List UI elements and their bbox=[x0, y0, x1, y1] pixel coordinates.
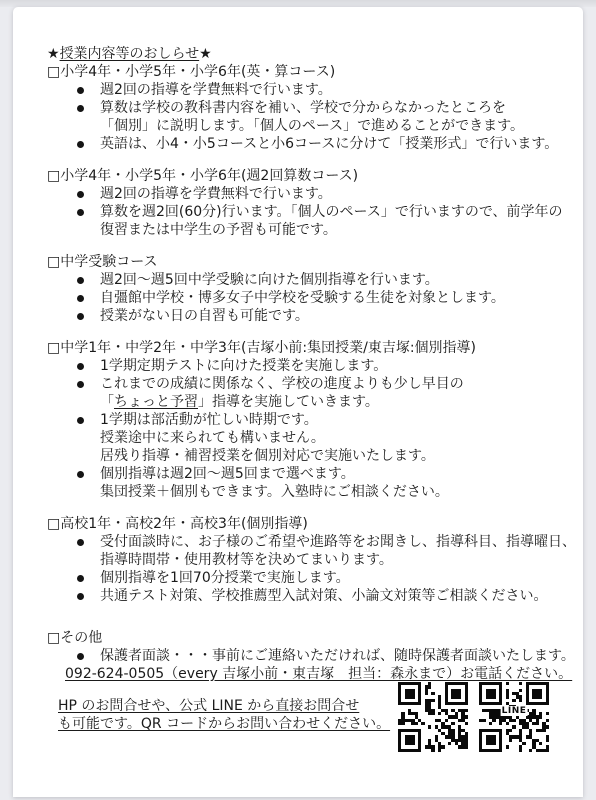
bullet-icon bbox=[77, 141, 84, 148]
bullet-icon bbox=[77, 105, 84, 112]
text-line: 092-624-0505（every 吉塚小前・東吉塚 担当：森永まで）お電話く… bbox=[65, 665, 572, 683]
bullet-icon bbox=[77, 313, 84, 320]
hp-contact-line-1: HP のお問合せや、公式 LINE から直接お問合せ bbox=[58, 697, 384, 715]
title-star-left: ★ bbox=[47, 46, 60, 62]
item-lines: 092-624-0505（every 吉塚小前・東吉塚 担当：森永まで）お電話く… bbox=[65, 665, 572, 683]
title-text: 授業内容等のおしらせ bbox=[60, 46, 200, 62]
text-part: 」指導を実施していきます。 bbox=[198, 394, 379, 410]
bullet-icon bbox=[77, 417, 84, 424]
bullet-icon bbox=[77, 191, 84, 198]
text-line: 「ちょっと予習」指導を実施していきます。 bbox=[100, 393, 464, 411]
item-lines: 算数を週2回(60分)行います。「個人のペース」で行いますので、前学年の復習また… bbox=[100, 203, 563, 239]
underlined-text-part: ちょっと予習 bbox=[114, 394, 198, 410]
text-line: 「個別」に説明します。「個人のペース」で進めることができます。 bbox=[100, 117, 524, 135]
text-line: 週2回～週5回中学受験に向けた個別指導を行います。 bbox=[100, 271, 439, 289]
bullet-icon bbox=[77, 653, 84, 660]
text-line: 保護者面談・・・事前にご連絡いただければ、随時保護者面談いたします。 bbox=[100, 647, 575, 665]
footer: HP のお問合せや、公式 LINE から直接お問合せ も可能です。QR コードか… bbox=[47, 697, 565, 752]
item-lines: 個別指導は週2回～週5回まで選べます。集団授業＋個別もできます。入塾時にご相談く… bbox=[100, 465, 449, 501]
qr-label: LINE bbox=[501, 706, 528, 716]
bullet-icon bbox=[77, 87, 84, 94]
bullet-icon bbox=[77, 593, 84, 600]
bullet-icon bbox=[77, 471, 84, 478]
list-item: これまでの成績に関係なく、学校の進度よりも少し早目の「ちょっと予習」指導を実施し… bbox=[47, 375, 565, 411]
item-lines: 1学期は部活動が忙しい時期です。授業途中に来られても構いません。居残り指導・補習… bbox=[100, 411, 435, 465]
text-line: 週2回の指導を学費無料で行います。 bbox=[100, 185, 332, 203]
bullet-icon bbox=[77, 539, 84, 546]
list-item: 算数は学校の教科書内容を補い、学校で分からなかったところを「個別」に説明します。… bbox=[47, 99, 565, 135]
title-star-right: ★ bbox=[199, 46, 212, 62]
item-lines: 週2回の指導を学費無料で行います。 bbox=[100, 81, 332, 99]
list-item: 個別指導を1回70分授業で実施します。 bbox=[47, 569, 565, 587]
list-item: 受付面談時に、お子様のご希望や進路等をお聞きし、指導科目、指導曜日、指導時間帯・… bbox=[47, 533, 565, 569]
bullet-icon bbox=[77, 575, 84, 582]
hp-contact-line-2: も可能です。QR コードからお問い合わせください。 bbox=[58, 715, 384, 733]
section-header: □中学受験コース bbox=[47, 253, 565, 271]
section-header: □その他 bbox=[47, 629, 565, 647]
item-lines: 個別指導を1回70分授業で実施します。 bbox=[100, 569, 350, 587]
text-line: 自彊館中学校・博多女子中学校を受験する生徒を対象とします。 bbox=[100, 289, 505, 307]
item-lines: 算数は学校の教科書内容を補い、学校で分からなかったところを「個別」に説明します。… bbox=[100, 99, 524, 135]
list-item: 1学期は部活動が忙しい時期です。授業途中に来られても構いません。居残り指導・補習… bbox=[47, 411, 565, 465]
document-page: ★授業内容等のおしらせ★ □小学4年・小学5年・小学6年(英・算コース)週2回の… bbox=[13, 7, 583, 797]
hp-contact-note: HP のお問合せや、公式 LINE から直接お問合せ も可能です。QR コードか… bbox=[58, 697, 384, 733]
qr-module bbox=[546, 749, 549, 752]
section-header: □中学1年・中学2年・中学3年(吉塚小前:集団授業/東吉塚:個別指導) bbox=[47, 339, 565, 357]
section: □小学4年・小学5年・小学6年(英・算コース)週2回の指導を学費無料で行います。… bbox=[47, 63, 565, 153]
section: □中学受験コース週2回～週5回中学受験に向けた個別指導を行います。自彊館中学校・… bbox=[47, 253, 565, 325]
qr-codes-row: LINE bbox=[398, 682, 549, 752]
item-lines: 1学期定期テストに向けた授業を実施します。 bbox=[100, 357, 387, 375]
list-item: 英語は、小4・小5コースと小6コースに分けて「授業形式」で行います。 bbox=[47, 135, 565, 153]
section-header: □高校1年・高校2年・高校3年(個別指導) bbox=[47, 515, 565, 533]
text-line: 個別指導は週2回～週5回まで選べます。 bbox=[100, 465, 449, 483]
line-qr-code: LINE bbox=[479, 682, 549, 752]
text-line: 集団授業＋個別もできます。入塾時にご相談ください。 bbox=[100, 483, 449, 501]
text-line: 共通テスト対策、学校推薦型入試対策、小論文対策等ご相談ください。 bbox=[100, 587, 547, 605]
text-line: これまでの成績に関係なく、学校の進度よりも少し早目の bbox=[100, 375, 464, 393]
text-line: 1学期は部活動が忙しい時期です。 bbox=[100, 411, 435, 429]
section-header: □小学4年・小学5年・小学6年(週2回算数コース) bbox=[47, 167, 565, 185]
text-line: 受付面談時に、お子様のご希望や進路等をお聞きし、指導科目、指導曜日、 bbox=[100, 533, 576, 551]
list-item: 個別指導は週2回～週5回まで選べます。集団授業＋個別もできます。入塾時にご相談く… bbox=[47, 465, 565, 501]
text-line: 1学期定期テストに向けた授業を実施します。 bbox=[100, 357, 387, 375]
text-line: 居残り指導・補習授業を個別対応で実施いたします。 bbox=[100, 447, 435, 465]
bullet-icon bbox=[77, 295, 84, 302]
qr-module bbox=[465, 749, 468, 752]
text-line: 算数を週2回(60分)行います。「個人のペース」で行いますので、前学年の bbox=[100, 203, 563, 221]
section: □小学4年・小学5年・小学6年(週2回算数コース)週2回の指導を学費無料で行いま… bbox=[47, 167, 565, 239]
hp-qr-code bbox=[398, 682, 468, 752]
list-item: 共通テスト対策、学校推薦型入試対策、小論文対策等ご相談ください。 bbox=[47, 587, 565, 605]
text-line: 授業途中に来られても構いません。 bbox=[100, 429, 435, 447]
item-lines: 共通テスト対策、学校推薦型入試対策、小論文対策等ご相談ください。 bbox=[100, 587, 547, 605]
item-lines: 受付面談時に、お子様のご希望や進路等をお聞きし、指導科目、指導曜日、指導時間帯・… bbox=[100, 533, 576, 569]
item-lines: 授業がない日の自習も可能です。 bbox=[100, 307, 309, 325]
text-line: 英語は、小4・小5コースと小6コースに分けて「授業形式」で行います。 bbox=[100, 135, 558, 153]
viewer-top-edge bbox=[0, 0, 596, 7]
section: □高校1年・高校2年・高校3年(個別指導)受付面談時に、お子様のご希望や進路等を… bbox=[47, 515, 565, 605]
list-item: 週2回の指導を学費無料で行います。 bbox=[47, 185, 565, 203]
section: □中学1年・中学2年・中学3年(吉塚小前:集団授業/東吉塚:個別指導)1学期定期… bbox=[47, 339, 565, 501]
list-item: 自彊館中学校・博多女子中学校を受験する生徒を対象とします。 bbox=[47, 289, 565, 307]
section-header: □小学4年・小学5年・小学6年(英・算コース) bbox=[47, 63, 565, 81]
list-item: 授業がない日の自習も可能です。 bbox=[47, 307, 565, 325]
text-line: 算数は学校の教科書内容を補い、学校で分からなかったところを bbox=[100, 99, 524, 117]
text-line: 週2回の指導を学費無料で行います。 bbox=[100, 81, 332, 99]
bullet-icon bbox=[77, 363, 84, 370]
text-part: 「 bbox=[100, 394, 114, 410]
text-line: 指導時間帯・使用教材等を決めてまいります。 bbox=[100, 551, 576, 569]
list-item: 092-624-0505（every 吉塚小前・東吉塚 担当：森永まで）お電話く… bbox=[47, 665, 565, 683]
list-item: 算数を週2回(60分)行います。「個人のペース」で行いますので、前学年の復習また… bbox=[47, 203, 565, 239]
sections-container: □小学4年・小学5年・小学6年(英・算コース)週2回の指導を学費無料で行います。… bbox=[47, 63, 565, 683]
item-lines: 自彊館中学校・博多女子中学校を受験する生徒を対象とします。 bbox=[100, 289, 505, 307]
list-item: 週2回～週5回中学受験に向けた個別指導を行います。 bbox=[47, 271, 565, 289]
bullet-icon bbox=[77, 209, 84, 216]
item-lines: 英語は、小4・小5コースと小6コースに分けて「授業形式」で行います。 bbox=[100, 135, 558, 153]
item-lines: 保護者面談・・・事前にご連絡いただければ、随時保護者面談いたします。 bbox=[100, 647, 575, 665]
item-lines: 週2回の指導を学費無料で行います。 bbox=[100, 185, 332, 203]
text-line: 復習または中学生の予習も可能です。 bbox=[100, 221, 563, 239]
bullet-icon bbox=[77, 381, 84, 388]
item-lines: これまでの成績に関係なく、学校の進度よりも少し早目の「ちょっと予習」指導を実施し… bbox=[100, 375, 464, 411]
text-line: 授業がない日の自習も可能です。 bbox=[100, 307, 309, 325]
list-item: 保護者面談・・・事前にご連絡いただければ、随時保護者面談いたします。 bbox=[47, 647, 565, 665]
list-item: 1学期定期テストに向けた授業を実施します。 bbox=[47, 357, 565, 375]
list-item: 週2回の指導を学費無料で行います。 bbox=[47, 81, 565, 99]
bullet-icon bbox=[77, 277, 84, 284]
item-lines: 週2回～週5回中学受験に向けた個別指導を行います。 bbox=[100, 271, 439, 289]
section: □その他保護者面談・・・事前にご連絡いただければ、随時保護者面談いたします。09… bbox=[47, 629, 565, 683]
text-line: 個別指導を1回70分授業で実施します。 bbox=[100, 569, 350, 587]
document-title: ★授業内容等のおしらせ★ bbox=[47, 45, 565, 63]
